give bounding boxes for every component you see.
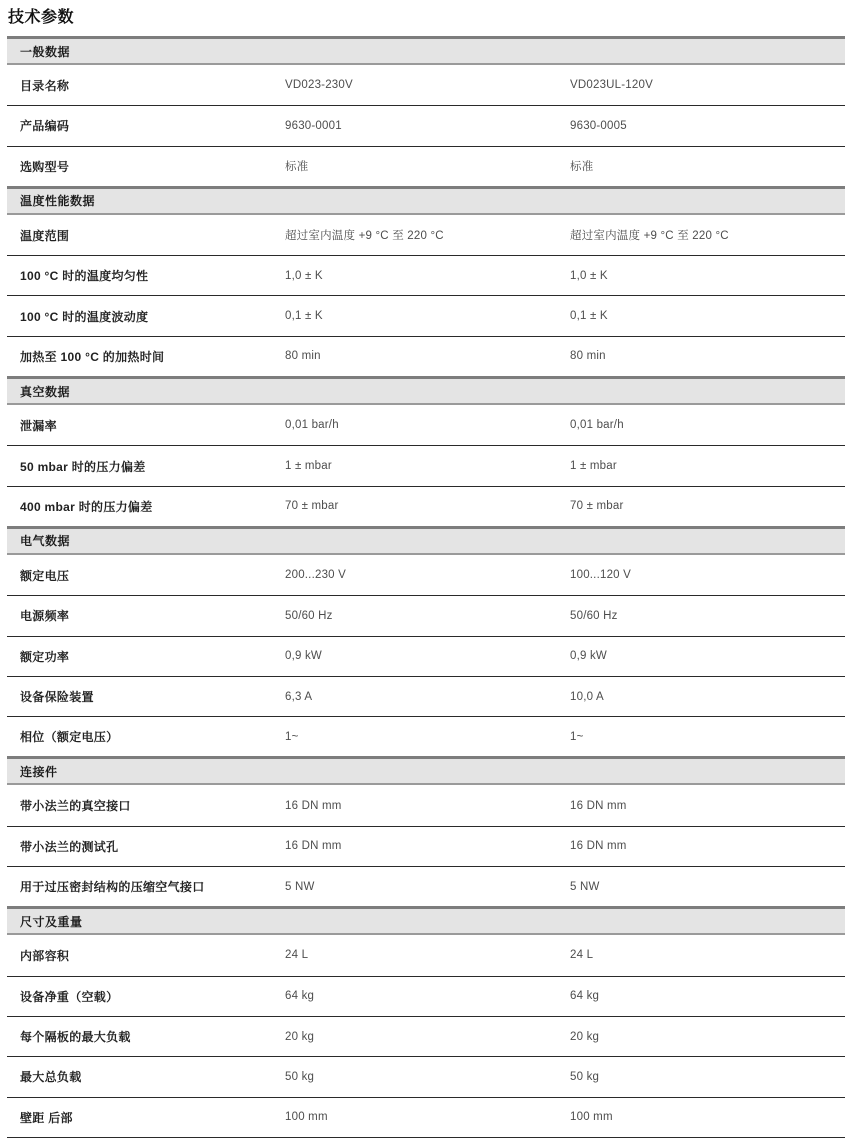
table-row: 额定功率0,9 kW0,9 kW <box>7 636 845 676</box>
table-row: 选购型号标准标准 <box>7 146 845 186</box>
section-rows: 温度范围超过室内温度 +9 °C 至 220 °C超过室内温度 +9 °C 至 … <box>7 215 845 376</box>
table-row: 100 °C 时的温度波动度0,1 ± K0,1 ± K <box>7 295 845 335</box>
section-rows: 额定电压200...230 V100...120 V电源频率50/60 Hz50… <box>7 555 845 756</box>
row-value-col2: 50/60 Hz <box>570 610 845 622</box>
section-header: 一般数据 <box>7 36 845 65</box>
table-row: 设备保险装置6,3 A10,0 A <box>7 676 845 716</box>
table-row: 温度范围超过室内温度 +9 °C 至 220 °C超过室内温度 +9 °C 至 … <box>7 215 845 255</box>
spec-section: 温度性能数据温度范围超过室内温度 +9 °C 至 220 °C超过室内温度 +9… <box>7 186 845 376</box>
row-value-col1: VD023-230V <box>285 79 570 91</box>
spec-section: 真空数据泄漏率0,01 bar/h0,01 bar/h50 mbar 时的压力偏… <box>7 376 845 526</box>
row-label: 目录名称 <box>7 77 285 94</box>
section-rows: 带小法兰的真空接口16 DN mm16 DN mm带小法兰的测试孔16 DN m… <box>7 785 845 906</box>
table-row: 带小法兰的测试孔16 DN mm16 DN mm <box>7 826 845 866</box>
spec-table: 一般数据目录名称VD023-230VVD023UL-120V产品编码9630-0… <box>7 36 845 1138</box>
table-row: 电源频率50/60 Hz50/60 Hz <box>7 595 845 635</box>
row-value-col1: 24 L <box>285 949 570 961</box>
row-value-col1: 70 ± mbar <box>285 500 570 512</box>
table-row: 400 mbar 时的压力偏差70 ± mbar70 ± mbar <box>7 486 845 526</box>
row-value-col2: 24 L <box>570 949 845 961</box>
spec-section: 电气数据额定电压200...230 V100...120 V电源频率50/60 … <box>7 526 845 756</box>
row-value-col2: 64 kg <box>570 990 845 1002</box>
row-value-col1: 5 NW <box>285 881 570 893</box>
row-label: 最大总负载 <box>7 1068 285 1085</box>
row-label: 额定电压 <box>7 567 285 584</box>
row-value-col2: 1,0 ± K <box>570 270 845 282</box>
row-value-col1: 50 kg <box>285 1071 570 1083</box>
table-row: 设备净重（空载）64 kg64 kg <box>7 976 845 1016</box>
spec-section: 一般数据目录名称VD023-230VVD023UL-120V产品编码9630-0… <box>7 36 845 186</box>
spec-section: 连接件带小法兰的真空接口16 DN mm16 DN mm带小法兰的测试孔16 D… <box>7 756 845 906</box>
row-value-col2: 100 mm <box>570 1111 845 1123</box>
row-label: 用于过压密封结构的压缩空气接口 <box>7 878 285 895</box>
row-value-col1: 0,9 kW <box>285 650 570 662</box>
page-title: 技术参数 <box>8 9 860 27</box>
row-label: 每个隔板的最大负载 <box>7 1028 285 1045</box>
row-value-col1: 标准 <box>285 158 570 174</box>
row-label: 电源频率 <box>7 607 285 624</box>
row-value-col2: 20 kg <box>570 1031 845 1043</box>
row-value-col2: 0,1 ± K <box>570 310 845 322</box>
row-value-col1: 80 min <box>285 350 570 362</box>
row-value-col1: 9630-0001 <box>285 120 570 132</box>
section-header: 真空数据 <box>7 376 845 405</box>
row-label: 产品编码 <box>7 117 285 134</box>
table-row: 加热至 100 °C 的加热时间80 min80 min <box>7 336 845 376</box>
table-row: 额定电压200...230 V100...120 V <box>7 555 845 595</box>
section-header: 尺寸及重量 <box>7 906 845 935</box>
row-value-col2: 16 DN mm <box>570 800 845 812</box>
row-value-col1: 1~ <box>285 731 570 743</box>
row-value-col1: 50/60 Hz <box>285 610 570 622</box>
table-row: 相位（额定电压）1~1~ <box>7 716 845 756</box>
row-value-col1: 6,3 A <box>285 691 570 703</box>
row-label: 400 mbar 时的压力偏差 <box>7 498 285 515</box>
row-label: 选购型号 <box>7 158 285 175</box>
row-value-col1: 16 DN mm <box>285 840 570 852</box>
row-label: 温度范围 <box>7 227 285 244</box>
row-value-col1: 1 ± mbar <box>285 460 570 472</box>
row-value-col2: 5 NW <box>570 881 845 893</box>
row-label: 100 °C 时的温度均匀性 <box>7 267 285 284</box>
row-label: 相位（额定电压） <box>7 728 285 745</box>
table-row: 每个隔板的最大负载20 kg20 kg <box>7 1016 845 1056</box>
table-row: 产品编码9630-00019630-0005 <box>7 105 845 145</box>
row-label: 泄漏率 <box>7 417 285 434</box>
row-value-col1: 0,1 ± K <box>285 310 570 322</box>
row-label: 100 °C 时的温度波动度 <box>7 308 285 325</box>
row-value-col2: 0,9 kW <box>570 650 845 662</box>
table-row: 带小法兰的真空接口16 DN mm16 DN mm <box>7 785 845 825</box>
section-header: 连接件 <box>7 756 845 785</box>
row-value-col2: 80 min <box>570 350 845 362</box>
row-value-col2: 1 ± mbar <box>570 460 845 472</box>
row-value-col1: 超过室内温度 +9 °C 至 220 °C <box>285 227 570 243</box>
section-rows: 目录名称VD023-230VVD023UL-120V产品编码9630-00019… <box>7 65 845 186</box>
row-value-col1: 64 kg <box>285 990 570 1002</box>
row-value-col2: 标准 <box>570 158 845 174</box>
row-value-col2: 16 DN mm <box>570 840 845 852</box>
row-value-col2: 超过室内温度 +9 °C 至 220 °C <box>570 227 845 243</box>
row-value-col1: 100 mm <box>285 1111 570 1123</box>
table-row: 用于过压密封结构的压缩空气接口5 NW5 NW <box>7 866 845 906</box>
row-label: 壁距 后部 <box>7 1109 285 1126</box>
section-header: 电气数据 <box>7 526 845 555</box>
row-label: 额定功率 <box>7 648 285 665</box>
table-row: 壁距 后部100 mm100 mm <box>7 1097 845 1137</box>
table-row: 50 mbar 时的压力偏差1 ± mbar1 ± mbar <box>7 445 845 485</box>
row-value-col2: 1~ <box>570 731 845 743</box>
row-value-col1: 1,0 ± K <box>285 270 570 282</box>
row-label: 50 mbar 时的压力偏差 <box>7 458 285 475</box>
row-value-col1: 16 DN mm <box>285 800 570 812</box>
row-label: 设备保险装置 <box>7 688 285 705</box>
row-value-col2: 50 kg <box>570 1071 845 1083</box>
row-label: 带小法兰的测试孔 <box>7 838 285 855</box>
row-label: 带小法兰的真空接口 <box>7 797 285 814</box>
table-row: 内部容积24 L24 L <box>7 935 845 975</box>
row-value-col2: 100...120 V <box>570 569 845 581</box>
row-value-col1: 0,01 bar/h <box>285 419 570 431</box>
spec-section: 尺寸及重量内部容积24 L24 L设备净重（空载）64 kg64 kg每个隔板的… <box>7 906 845 1136</box>
section-rows: 内部容积24 L24 L设备净重（空载）64 kg64 kg每个隔板的最大负载2… <box>7 935 845 1136</box>
row-value-col2: 9630-0005 <box>570 120 845 132</box>
table-row: 目录名称VD023-230VVD023UL-120V <box>7 65 845 105</box>
row-label: 加热至 100 °C 的加热时间 <box>7 348 285 365</box>
row-value-col1: 20 kg <box>285 1031 570 1043</box>
table-row: 最大总负载50 kg50 kg <box>7 1056 845 1096</box>
row-label: 内部容积 <box>7 947 285 964</box>
row-label: 设备净重（空载） <box>7 988 285 1005</box>
row-value-col1: 200...230 V <box>285 569 570 581</box>
section-rows: 泄漏率0,01 bar/h0,01 bar/h50 mbar 时的压力偏差1 ±… <box>7 405 845 526</box>
row-value-col2: 70 ± mbar <box>570 500 845 512</box>
row-value-col2: 10,0 A <box>570 691 845 703</box>
row-value-col2: VD023UL-120V <box>570 79 845 91</box>
row-value-col2: 0,01 bar/h <box>570 419 845 431</box>
section-header: 温度性能数据 <box>7 186 845 215</box>
table-row: 泄漏率0,01 bar/h0,01 bar/h <box>7 405 845 445</box>
table-row: 100 °C 时的温度均匀性1,0 ± K1,0 ± K <box>7 255 845 295</box>
